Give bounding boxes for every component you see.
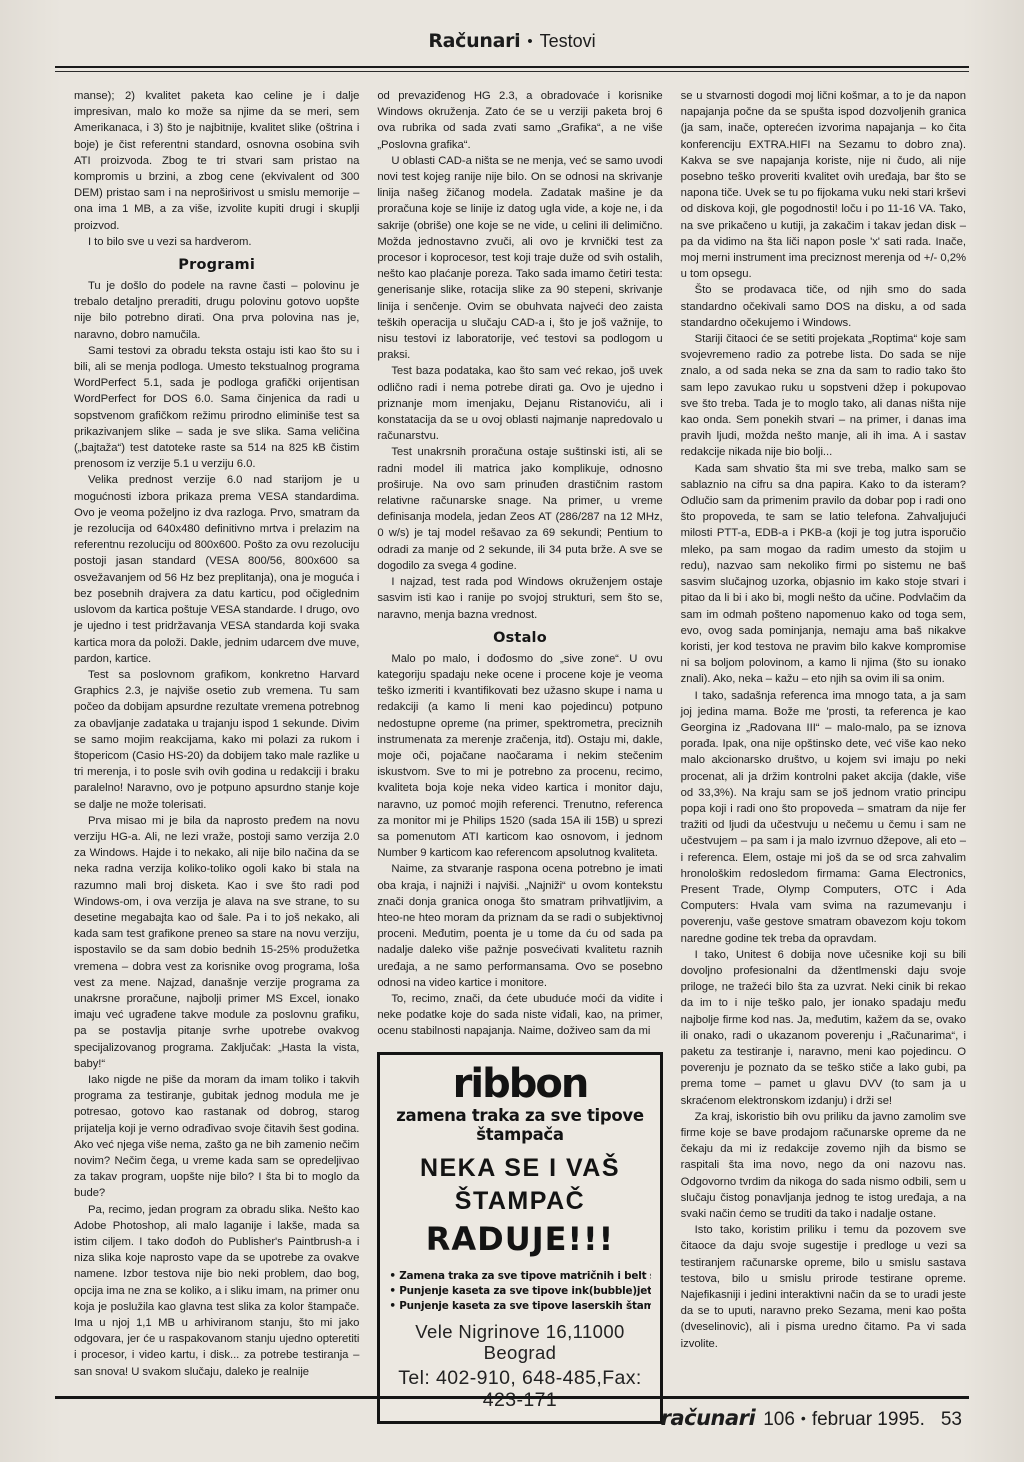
column-1: manse); 2) kvalitet paketa kao celine je… [74, 88, 359, 1424]
article-paragraph: Velika prednost verzije 6.0 nad starijom… [74, 472, 359, 666]
ribbon-ad-address: Vele Nigrinove 16,11000 Beograd [389, 1321, 650, 1364]
article-paragraph: Test unakrsnih proračuna ostaje suštinsk… [377, 444, 662, 574]
article-paragraph: Prva misao mi je bila da naprosto pređem… [74, 813, 359, 1072]
magazine-logo: Računari [428, 30, 520, 52]
ribbon-ad-phone: Tel: 402-910, 648-485,Fax: 423-171 [389, 1367, 650, 1412]
article-paragraph: Test baza podataka, kao što sam već reka… [377, 363, 662, 444]
article-paragraph: Naime, za stvaranje raspona ocena potreb… [377, 861, 662, 991]
ad-bullet-item: Punjenje kaseta za sve tipove laserskih … [389, 1299, 650, 1314]
article-paragraph: od prevaziđenog HG 2.3, a obradovaće i k… [377, 88, 662, 153]
section-heading: Ostalo [377, 630, 662, 646]
article-paragraph: Test sa poslovnom grafikom, konkretno Ha… [74, 667, 359, 813]
article-paragraph: Stariji čitaoci će se setiti projekata „… [681, 331, 966, 461]
article-paragraph: I najzad, test rada pod Windows okruženj… [377, 574, 662, 623]
article-paragraph: I to bilo sve u vezi sa hardverom. [74, 234, 359, 250]
ribbon-ad-tagline: zamena traka za sve tipove štampača [389, 1107, 650, 1145]
ribbon-ad-services: Zamena traka za sve tipove matričnih i b… [389, 1269, 650, 1314]
footer-date: februar 1995. [812, 1409, 925, 1430]
ribbon-ad-headline: ŠTAMPAČ [389, 1186, 650, 1217]
article-paragraph: To, recimo, znači, da ćete ubuduće moći … [377, 991, 662, 1040]
column-2: od prevaziđenog HG 2.3, a obradovaće i k… [377, 88, 662, 1424]
footer-bullet-icon: • [801, 1410, 806, 1426]
article-paragraph: Isto tako, koristim priliku i temu da po… [681, 1222, 966, 1352]
page-header: Računari•Testovi [0, 30, 1024, 52]
column-2-text: od prevaziđenog HG 2.3, a obradovaće i k… [377, 88, 662, 1040]
article-body: manse); 2) kvalitet paketa kao celine je… [74, 88, 966, 1424]
page-number: 53 [941, 1409, 962, 1430]
article-paragraph: se u stvarnosti dogodi moj lični košmar,… [681, 88, 966, 282]
ribbon-ad: ribbon zamena traka za sve tipove štampa… [377, 1052, 662, 1425]
header-rule [55, 66, 969, 72]
page-footer: računari106•februar 1995.53 [661, 1406, 962, 1431]
magazine-page: Računari•Testovi manse); 2) kvalitet pak… [0, 0, 1024, 1462]
footer-rule [55, 1396, 969, 1399]
article-paragraph: Kada sam shvatio šta mi sve treba, malko… [681, 461, 966, 688]
article-paragraph: Za kraj, iskoristio bih ovu priliku da j… [681, 1109, 966, 1222]
article-paragraph: Tu je došlo do podele na ravne časti – p… [74, 278, 359, 343]
ad-bullet-item: Punjenje kaseta za sve tipove ink(bubble… [389, 1284, 650, 1299]
footer-magazine-logo: računari [661, 1406, 756, 1430]
ribbon-ad-logo: ribbon [389, 1065, 650, 1103]
header-bullet-icon: • [527, 33, 532, 50]
article-paragraph: Sami testovi za obradu teksta ostaju ist… [74, 343, 359, 473]
article-paragraph: Iako nigde ne piše da moram da imam toli… [74, 1072, 359, 1202]
article-paragraph: Malo po malo, i dođosmo do „sive zone“. … [377, 651, 662, 862]
article-paragraph: U oblasti CAD-a ništa se ne menja, već s… [377, 153, 662, 364]
ribbon-ad-headline: RADUJE!!! [389, 1221, 650, 1258]
article-paragraph: Pa, recimo, jedan program za obradu slik… [74, 1202, 359, 1380]
footer-issue-number: 106 [763, 1409, 795, 1430]
section-title: Testovi [540, 31, 596, 51]
article-paragraph: I tako, Unitest 6 dobija nove učesnike k… [681, 947, 966, 1109]
article-paragraph: I tako, sadašnja referenca ima mnogo tat… [681, 688, 966, 947]
ribbon-ad-headline: NEKA SE I VAŠ [389, 1153, 650, 1184]
article-paragraph: manse); 2) kvalitet paketa kao celine je… [74, 88, 359, 234]
column-3: se u stvarnosti dogodi moj lični košmar,… [681, 88, 966, 1424]
section-heading: Programi [74, 257, 359, 273]
ad-bullet-item: Zamena traka za sve tipove matričnih i b… [389, 1269, 650, 1284]
article-paragraph: Što se prodavaca tiče, od njih smo do sa… [681, 282, 966, 331]
